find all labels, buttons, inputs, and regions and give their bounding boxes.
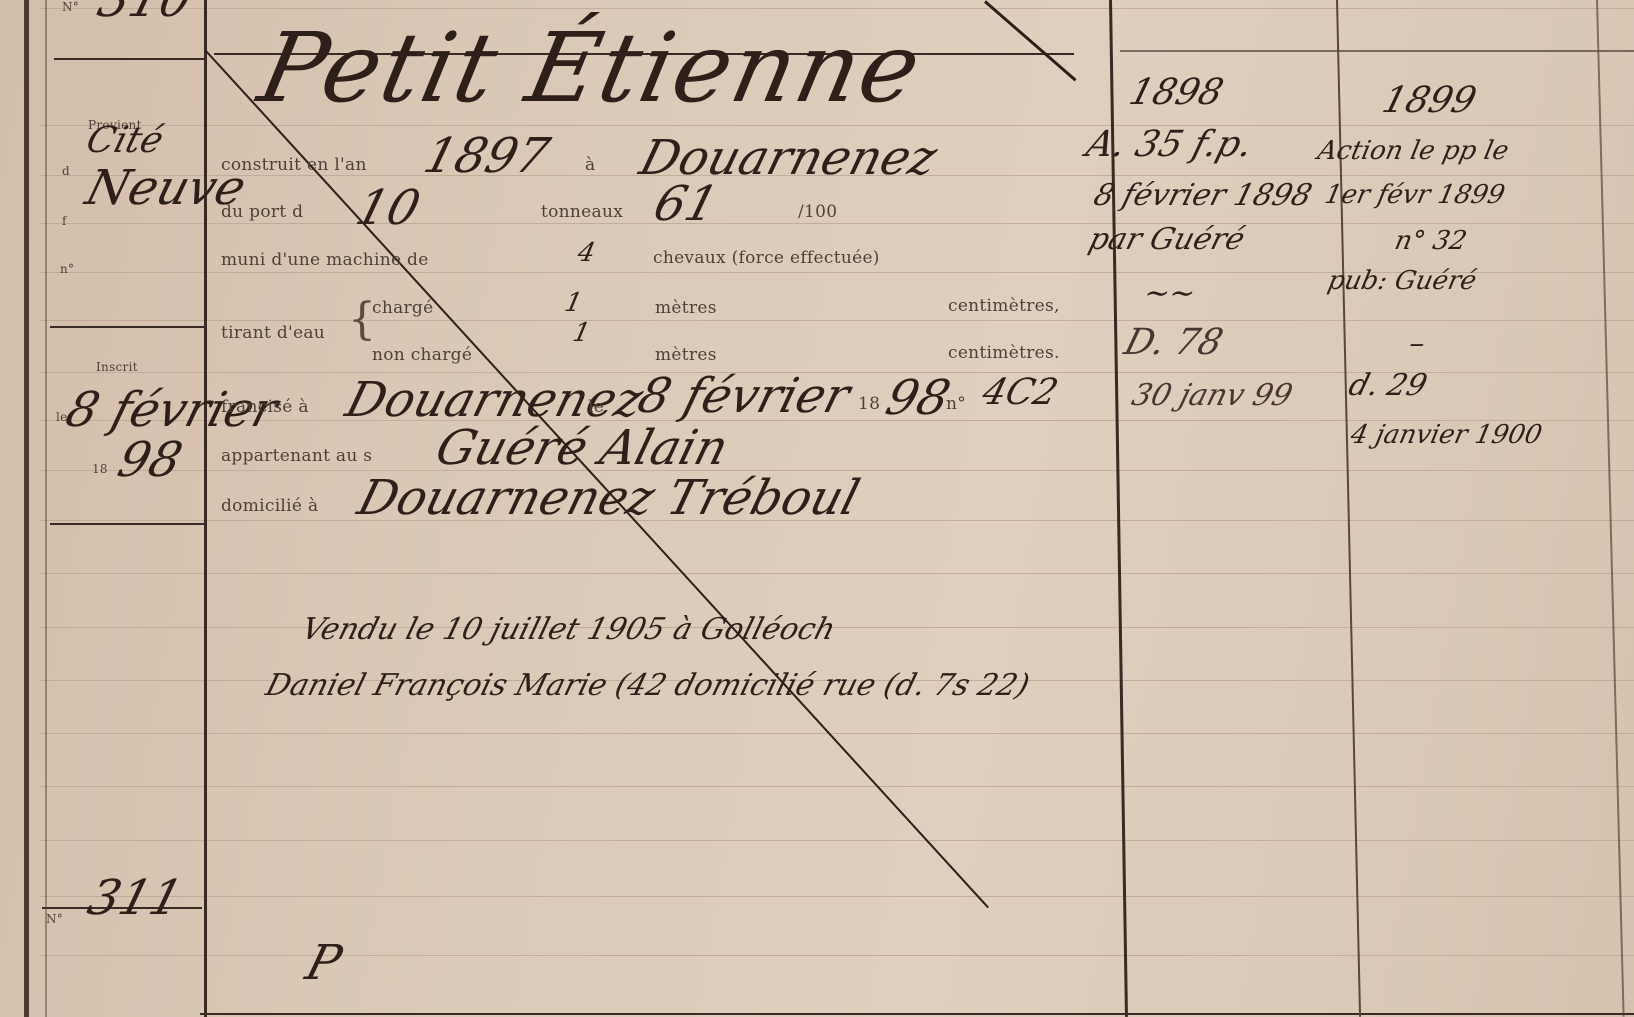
at-label: à <box>585 155 595 175</box>
built-year: 1897 <box>418 128 555 184</box>
francise-number: 4C2 <box>978 372 1062 413</box>
port-label: du port d <box>221 202 303 222</box>
domicile-value: Douarnenez Tréboul <box>352 470 865 526</box>
non-charge-value: 1 <box>570 318 593 348</box>
year-prefix: 18 <box>92 462 108 476</box>
f-label: f <box>62 214 67 228</box>
ruled-line <box>40 573 1634 574</box>
tirant-label: tirant d'eau <box>221 323 325 343</box>
column-line <box>204 0 207 1017</box>
col1-year: 1898 <box>1125 72 1228 113</box>
col2-line-5: d. 29 <box>1345 368 1431 403</box>
section-divider <box>1120 50 1634 52</box>
metres-label-2: mètres <box>655 345 717 365</box>
inscrit-label: Inscrit <box>96 360 138 374</box>
domicile-label: domicilié à <box>221 496 318 516</box>
centimetres-label: centimètres, <box>948 296 1060 316</box>
col2-dash: – <box>1405 326 1429 361</box>
francise-year: 98 <box>880 370 956 426</box>
port-value: 10 <box>350 180 426 236</box>
charge-label: chargé <box>372 298 433 318</box>
built-label: construit en l'an <box>221 155 367 175</box>
ruled-line <box>40 955 1634 956</box>
owner-label: appartenant au s <box>221 446 372 466</box>
inscrit-year: 98 <box>112 432 188 488</box>
col1-line-1: A. 35 f.p. <box>1082 124 1257 165</box>
charge-value: 1 <box>562 288 585 318</box>
ship-name: Petit Étienne <box>250 12 932 124</box>
margin-line <box>24 0 29 1017</box>
ruled-line <box>40 320 1634 321</box>
francise-year-prefix: 18 <box>858 394 880 414</box>
provient-value: Cité <box>82 120 168 161</box>
machine-value: 4 <box>575 238 598 268</box>
col2-line-2: 1er févr 1899 <box>1322 180 1508 210</box>
column-line <box>1596 0 1625 1017</box>
ruled-line <box>40 786 1634 787</box>
col1-line-2: 8 février 1898 <box>1090 178 1316 213</box>
section-divider <box>200 1013 1634 1015</box>
ruled-line <box>40 733 1634 734</box>
col1-line-4: D. 78 <box>1120 322 1227 363</box>
francise-label: francisé à <box>221 397 309 417</box>
section-divider <box>50 326 204 328</box>
col2-line-6: 4 janvier 1900 <box>1348 420 1545 450</box>
machine-label: muni d'une machine de <box>221 250 429 270</box>
number-prefix: N° <box>46 912 63 926</box>
record-number-next: 311 <box>82 870 189 926</box>
sale-note-line-2: Daniel François Marie (42 domicilié rue … <box>262 668 1033 703</box>
hundredths-label: /100 <box>798 202 837 222</box>
col1-dash: ~~ <box>1140 276 1200 311</box>
ruled-line <box>40 627 1634 628</box>
ruled-line <box>40 840 1634 841</box>
sale-note-line-1: Vendu le 10 juillet 1905 à Golléoch <box>298 612 839 647</box>
owner-value: Guéré Alain <box>430 420 734 476</box>
francise-number-label: n° <box>946 394 966 414</box>
ruled-line <box>40 8 1634 9</box>
non-charge-label: non chargé <box>372 345 472 365</box>
ruled-line <box>40 125 1634 126</box>
col2-line-4: pub: Guéré <box>1325 266 1479 296</box>
d-label: d <box>62 164 70 178</box>
francise-le-label: le <box>588 397 604 417</box>
chevaux-label: chevaux (force effectuée) <box>653 248 880 268</box>
col1-line-5: 30 janv 99 <box>1128 378 1296 413</box>
n-label: n° <box>60 262 74 276</box>
margin-line <box>45 0 47 1017</box>
metres-label: mètres <box>655 298 717 318</box>
col2-year: 1899 <box>1378 80 1481 121</box>
register-page: N° 310 Provient Cité d Neuve f n° Inscri… <box>0 0 1634 1017</box>
cancellation-stroke-top <box>984 0 1077 81</box>
centimetres-label-2: centimètres. <box>948 343 1060 363</box>
section-divider <box>54 58 206 60</box>
francise-date: 8 février <box>632 368 856 424</box>
col1-line-3: par Guéré <box>1085 222 1248 257</box>
section-divider <box>50 523 204 525</box>
next-entry-fragment: P <box>300 935 347 991</box>
ruled-line <box>40 223 1634 224</box>
number-prefix: N° <box>62 0 79 14</box>
tonneaux-label: tonneaux <box>541 202 623 222</box>
col2-line-1: Action le pp le <box>1315 136 1511 166</box>
col2-line-3: n° 32 <box>1392 226 1469 256</box>
ruled-line <box>40 896 1634 897</box>
record-number-prev: 310 <box>92 0 199 28</box>
